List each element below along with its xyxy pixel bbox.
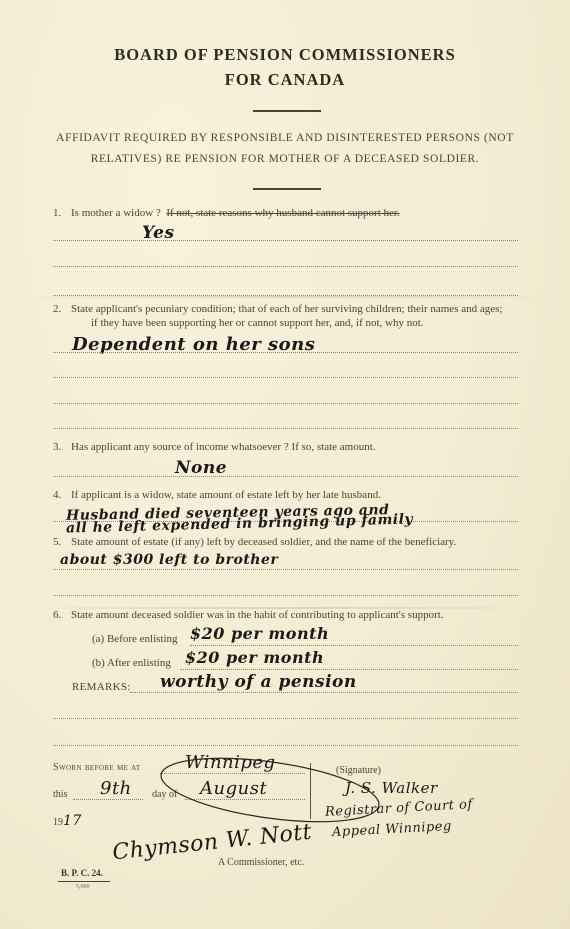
- answer-6a[interactable]: $20 per month: [190, 624, 329, 643]
- year-prefix: 19: [53, 817, 63, 828]
- answer-line: [53, 595, 518, 596]
- answer-3[interactable]: None: [175, 458, 227, 478]
- question-6: 6.State amount deceased soldier was in t…: [53, 609, 444, 621]
- sworn-before-label: Sworn before me at: [53, 762, 141, 773]
- answer-line: [53, 569, 518, 570]
- print-run: 5,000: [76, 884, 90, 890]
- before-enlisting-label: (a) Before enlisting: [92, 633, 178, 645]
- answer-line: [53, 295, 518, 296]
- after-enlisting-label: (b) After enlisting: [92, 657, 171, 669]
- question-text: State amount deceased soldier was in the…: [71, 609, 444, 621]
- struck-question-text: If not, state reasons why husband cannot…: [166, 207, 399, 219]
- answer-line: [73, 799, 143, 800]
- question-number: 5.: [53, 536, 71, 548]
- answer-line: [53, 476, 518, 477]
- question-number: 6.: [53, 609, 71, 621]
- this-label: this: [53, 789, 67, 800]
- answer-5[interactable]: about $300 left to brother: [60, 552, 278, 568]
- question-number: 3.: [53, 441, 71, 453]
- question-text: State applicant's pecuniary condition; t…: [71, 303, 502, 315]
- signature-line1[interactable]: J. S. Walker: [345, 779, 438, 797]
- answer-line: [53, 240, 518, 241]
- answer-line: [180, 669, 518, 670]
- form-subtitle-line1: AFFIDAVIT REQUIRED BY RESPONSIBLE AND DI…: [0, 132, 570, 144]
- answer-line: [130, 692, 518, 693]
- form-title-line2: FOR CANADA: [0, 70, 570, 90]
- answer-line: [53, 352, 518, 353]
- question-4: 4.If applicant is a widow, state amount …: [53, 489, 381, 501]
- form-subtitle-line2: RELATIVES) RE PENSION FOR MOTHER OF A DE…: [0, 153, 570, 165]
- fold-crease: [0, 296, 570, 298]
- title-divider: [253, 110, 321, 112]
- commissioner-label: A Commissioner, etc.: [218, 857, 304, 868]
- question-text: State amount of estate (if any) left by …: [71, 536, 456, 548]
- question-1: 1.Is mother a widow ? If not, state reas…: [53, 207, 400, 219]
- answer-line: [53, 745, 518, 746]
- answer-line: [53, 377, 518, 378]
- question-text: Has applicant any source of income whats…: [71, 441, 376, 453]
- sworn-day[interactable]: 9th: [100, 778, 132, 799]
- answer-6b[interactable]: $20 per month: [185, 648, 324, 667]
- question-5: 5.State amount of estate (if any) left b…: [53, 536, 456, 548]
- answer-line: [190, 645, 518, 646]
- remarks-answer[interactable]: worthy of a pension: [160, 672, 357, 692]
- answer-line: [53, 428, 518, 429]
- question-text: If applicant is a widow, state amount of…: [71, 489, 381, 501]
- year-label: 1917: [53, 813, 82, 829]
- remarks-label: REMARKS:: [72, 681, 131, 693]
- question-2-line2: if they have been supporting her or cann…: [91, 317, 424, 329]
- form-code: B. P. C. 24.: [61, 868, 103, 878]
- form-code-rule: [58, 881, 110, 882]
- question-3: 3.Has applicant any source of income wha…: [53, 441, 376, 453]
- question-number: 4.: [53, 489, 71, 501]
- subtitle-divider: [253, 188, 321, 190]
- answer-line: [53, 403, 518, 404]
- question-text: Is mother a widow ?: [71, 207, 161, 219]
- signature-label: (Signature): [336, 765, 381, 776]
- form-title-line1: BOARD OF PENSION COMMISSIONERS: [0, 45, 570, 65]
- answer-line: [53, 718, 518, 719]
- question-2: 2.State applicant's pecuniary condition;…: [53, 303, 533, 315]
- question-number: 2.: [53, 303, 71, 315]
- answer-line: [53, 266, 518, 267]
- question-number: 1.: [53, 207, 71, 219]
- year-suffix[interactable]: 17: [63, 813, 82, 829]
